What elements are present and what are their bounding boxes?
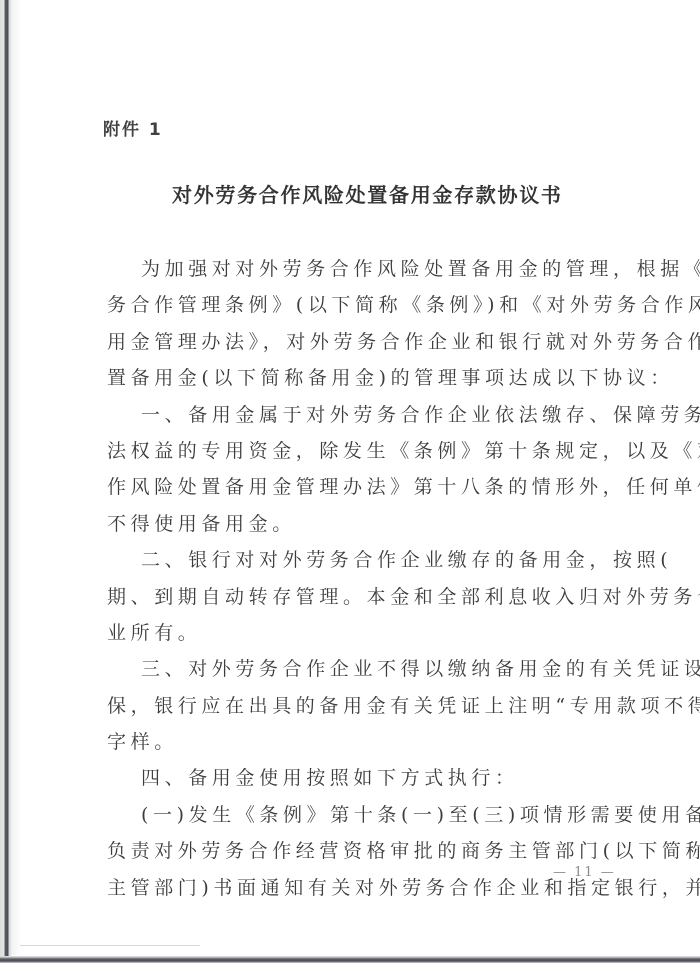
body-line: 务合作管理条例》(以下简称《条例》)和《对外劳务合作风险处置备 (107, 292, 607, 328)
body-line: 作风险处置备用金管理办法》第十八条的情形外，任何单位和个人 (107, 474, 607, 510)
body-line: 期、到期自动转存管理。本金和全部利息收入归对外劳务合作企 (107, 584, 607, 620)
body-line: 置备用金(以下简称备用金)的管理事项达成以下协议： (107, 365, 607, 401)
body-line: 字样。 (107, 729, 607, 765)
body-line: 三、对外劳务合作企业不得以缴纳备用金的有关凭证设定担 (107, 656, 607, 692)
body-line: 为加强对对外劳务合作风险处置备用金的管理，根据《对外劳 (107, 256, 607, 292)
body-line: 一、备用金属于对外劳务合作企业依法缴存、保障劳务人员合 (107, 402, 607, 438)
document-body: 为加强对对外劳务合作风险处置备用金的管理，根据《对外劳务合作管理条例》(以下简称… (107, 256, 607, 911)
body-line: 保，银行应在出具的备用金有关凭证上注明“专用款项不得担保” (107, 693, 607, 729)
body-line: 主管部门)书面通知有关对外劳务合作企业和指定银行，并出具 (107, 875, 607, 911)
body-line: (一)发生《条例》第十条(一)至(三)项情形需要使用备用金， (107, 802, 607, 838)
scan-border-left (0, 0, 12, 963)
attachment-label: 附件 1 (103, 119, 163, 141)
body-line: 不得使用备用金。 (107, 511, 607, 547)
body-line: 负责对外劳务合作经营资格审批的商务主管部门(以下简称商务 (107, 838, 607, 874)
body-line: 四、备用金使用按照如下方式执行： (107, 765, 607, 801)
scan-shadow-left (12, 0, 22, 955)
page-number: — 11 — (553, 864, 616, 882)
document-title: 对外劳务合作风险处置备用金存款协议书 (172, 183, 544, 207)
scan-artifact-line (20, 945, 200, 946)
body-line: 二、银行对对外劳务合作企业缴存的备用金，按照( )年定 (107, 547, 607, 583)
body-line: 业所有。 (107, 620, 607, 656)
body-line: 法权益的专用资金，除发生《条例》第十条规定，以及《对外劳务合 (107, 438, 607, 474)
body-line: 用金管理办法》，对外劳务合作企业和银行就对外劳务合作风险处 (107, 329, 607, 365)
scan-border-bottom (0, 956, 700, 963)
